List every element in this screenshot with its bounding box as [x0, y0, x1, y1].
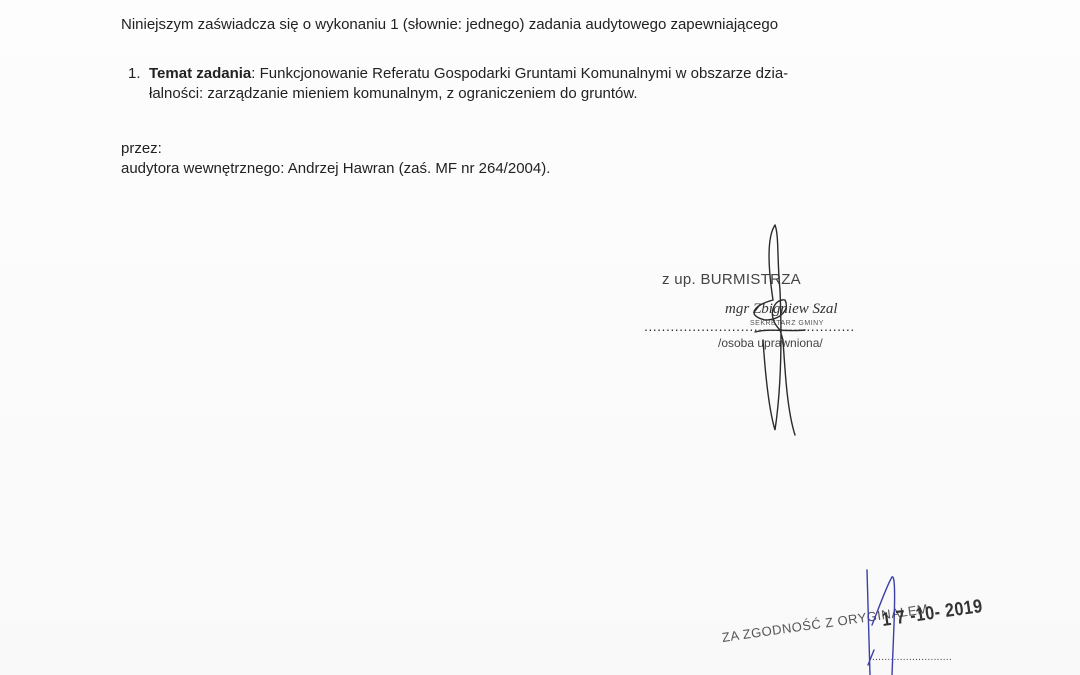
topic-text-line2: łalności: zarządzanie mieniem komunalnym… — [149, 85, 638, 102]
topic-label: Temat zadania — [149, 65, 251, 82]
intro-paragraph: Niniejszym zaświadcza się o wykonaniu 1 … — [121, 16, 778, 33]
stamp-date: 1 7 -10- 2019 — [880, 596, 984, 632]
signatory-role: SEKRETARZ GMINY — [750, 320, 824, 327]
signature-caption: /osoba uprawniona/ — [718, 336, 823, 350]
document-page: Niniejszym zaświadcza się o wykonaniu 1 … — [0, 0, 1080, 675]
list-item-topic: Temat zadania: Funkcjonowanie Referatu G… — [149, 65, 788, 82]
certification-stamp: ZA ZGODNOŚĆ Z ORYGINAŁEM 1 7 -10- 2019 .… — [722, 580, 1080, 675]
by-label: przez: — [121, 140, 162, 157]
list-item-number: 1. — [128, 65, 141, 82]
stamp-dotted-line: .......................... — [872, 652, 952, 663]
signatory-name: mgr Zbigniew Szal — [725, 301, 838, 318]
auditor-line: audytora wewnętrznego: Andrzej Hawran (z… — [121, 160, 550, 177]
signature-title: z up. BURMISTRZA — [662, 271, 801, 288]
handwritten-signature-icon — [735, 220, 815, 450]
topic-text-line1: : Funkcjonowanie Referatu Gospodarki Gru… — [251, 65, 788, 82]
